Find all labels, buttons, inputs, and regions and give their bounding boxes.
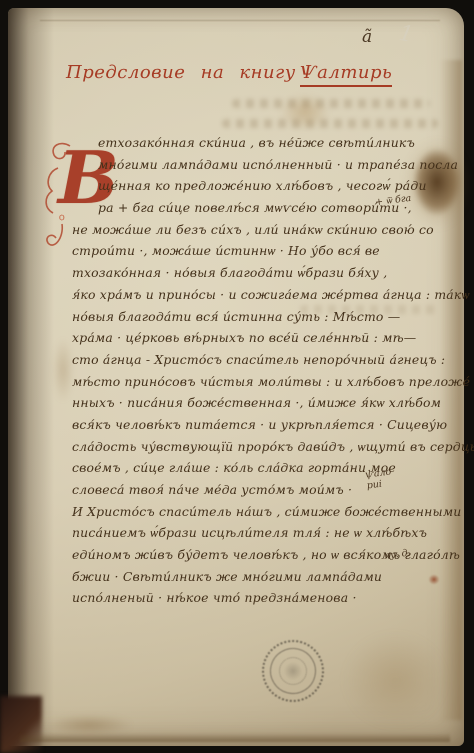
text-line: но́выя благода́ти вся́ и́стинна су́ть : …	[72, 306, 444, 328]
text-line: сто а́гнца - Христо́съ спаси́тель непоро…	[72, 349, 444, 371]
folio-number-cyrillic: а̃	[362, 27, 373, 47]
verso-show-through	[232, 99, 430, 108]
text-line: бжии · Свѣти́лникъ же мно́гими лампа́дам…	[72, 566, 444, 588]
text-line: испо́лненый · нѣ́кое что́ предзна́менова…	[72, 587, 444, 609]
text-line: тхозако́нная · но́выя благода́ти ѡ́брази…	[72, 262, 444, 284]
binding-corner	[0, 696, 42, 753]
margin-paragraph-mark: ѻ	[59, 212, 65, 223]
text-line: етхозако́нная ски́ниа , въ не́йже свѣти́…	[72, 132, 444, 154]
verso-show-through	[222, 119, 438, 128]
rubric-title-book: Ѱалтирь	[300, 62, 393, 87]
text-line: мно́гими лампа́дами испо́лненный · и тра…	[72, 154, 444, 176]
page-edge-top	[40, 20, 440, 21]
text-line: хра́ма · це́рковь вѣ́рныхъ по все́й селе…	[72, 327, 444, 349]
text-line: вся́къ человѣ́къ пита́ется · и укрѣпля́е…	[72, 414, 444, 436]
text-line: не можа́ше ли безъ си́хъ , или́ ина́кѡ с…	[72, 219, 444, 241]
text-line: И Христо́съ спаси́тель на́шъ , си́миже б…	[72, 501, 444, 523]
text-line: нныхъ · писа́ния боже́ственная ·, и́миже…	[72, 392, 444, 414]
margin-note-psalm-ref: ѱало риі	[365, 466, 394, 491]
text-line: я́ко хра́мъ и прино́сы · и сожига́ема же…	[72, 284, 444, 306]
text-line: строи́ти ·, можа́ше и́стиннѡ · Но у́бо в…	[72, 240, 444, 262]
page-edge-bottom	[20, 733, 450, 742]
text-line: сла́дость чу́вствующїй проро́къ дави́дъ …	[72, 436, 444, 458]
text-line: мѣ́сто прино́совъ чи́стыя моли́твы : и х…	[72, 371, 444, 393]
manuscript-photo: { "folio": { "mark": "а̃", "pencil_numbe…	[0, 0, 474, 753]
rubric-title: Предсловие на книгуѰалтирь	[66, 62, 406, 83]
text-line: ще́нная ко предложе́нию хлѣ́бовъ , чесог…	[72, 175, 444, 197]
text-line: писа́ниемъ ѡ́брази исцѣли́теля тля́ : не…	[72, 522, 444, 544]
binding-gutter-shadow	[8, 8, 54, 746]
rubric-title-text: Предсловие на книгу	[66, 62, 296, 83]
